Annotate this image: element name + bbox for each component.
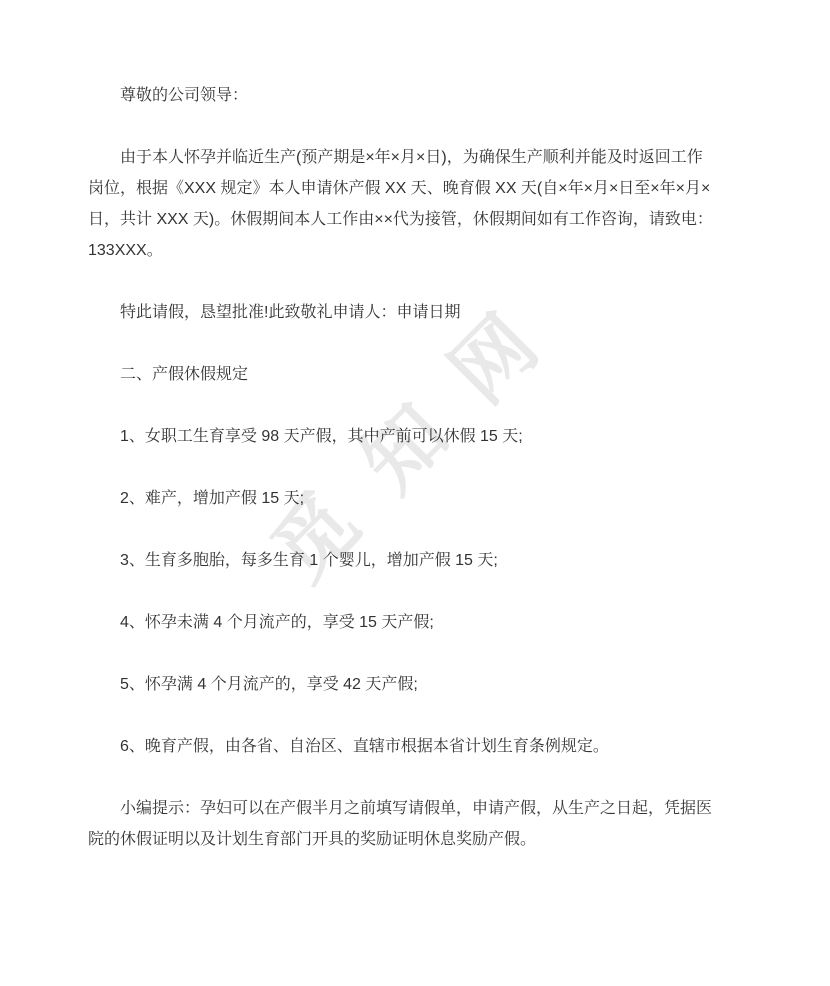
list-item-rule-4: 4、怀孕未满 4 个月流产的，享受 15 天产假; bbox=[88, 607, 742, 638]
paragraph-closing-signature: 特此请假，恳望批准!此致敬礼申请人：申请日期 bbox=[88, 297, 742, 328]
list-item-rule-5: 5、怀孕满 4 个月流产的，享受 42 天产假; bbox=[88, 669, 742, 700]
paragraph-greeting: 尊敬的公司领导： bbox=[88, 80, 742, 111]
paragraph-application-body: 由于本人怀孕并临近生产(预产期是×年×月×日)，为确保生产顺利并能及时返回工作 … bbox=[88, 142, 742, 266]
section-heading-maternity-leave-rules: 二、产假休假规定 bbox=[88, 359, 742, 390]
list-item-rule-6: 6、晚育产假，由各省、自治区、直辖市根据本省计划生育条例规定。 bbox=[88, 731, 742, 762]
document-content: 尊敬的公司领导： 由于本人怀孕并临近生产(预产期是×年×月×日)，为确保生产顺利… bbox=[0, 0, 830, 855]
list-item-rule-2: 2、难产，增加产假 15 天; bbox=[88, 483, 742, 514]
document-page: 觅知网 尊敬的公司领导： 由于本人怀孕并临近生产(预产期是×年×月×日)，为确保… bbox=[0, 0, 830, 986]
list-item-rule-1: 1、女职工生育享受 98 天产假，其中产前可以休假 15 天; bbox=[88, 421, 742, 452]
list-item-rule-3: 3、生育多胞胎，每多生育 1 个婴儿，增加产假 15 天; bbox=[88, 545, 742, 576]
paragraph-editor-tip: 小编提示：孕妇可以在产假半月之前填写请假单，申请产假，从生产之日起，凭据医 院的… bbox=[88, 793, 742, 855]
